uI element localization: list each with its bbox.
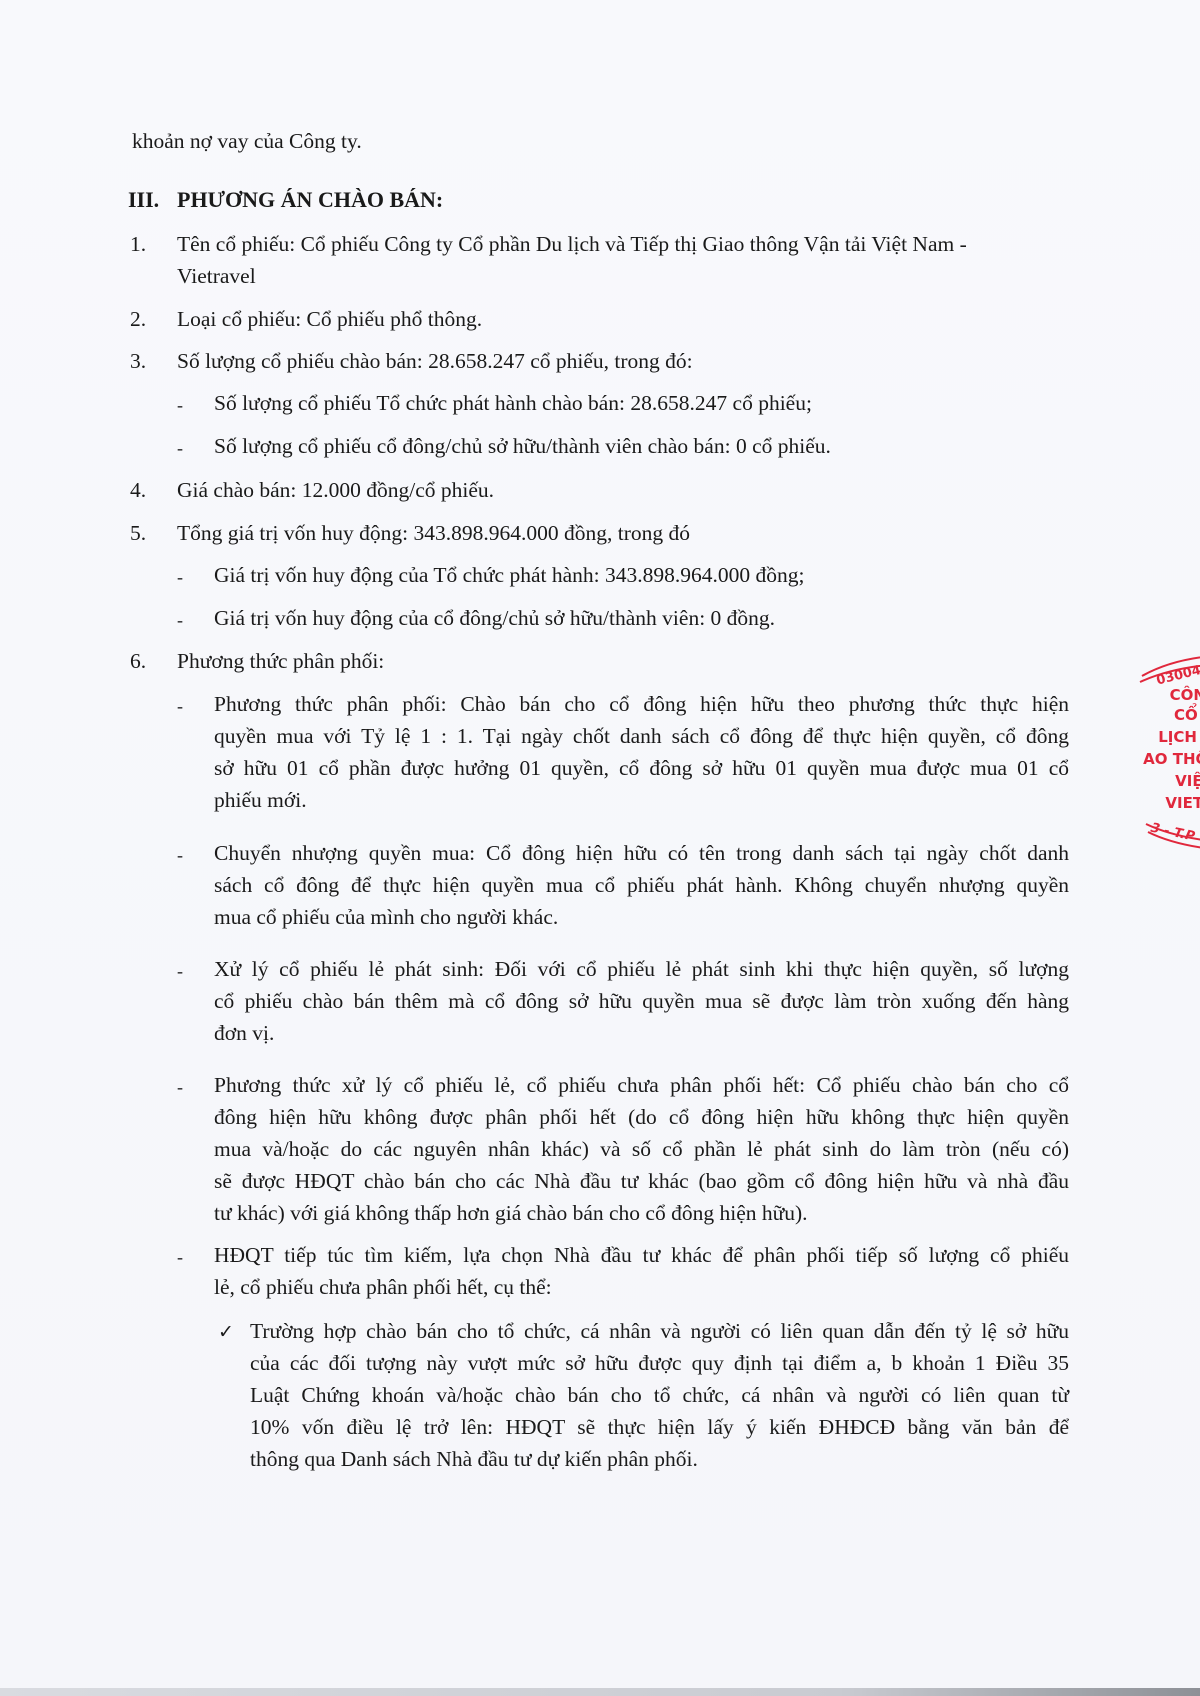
check-item-text: Luật Chứng khoán và/hoặc chào bán cho tổ… [250, 1379, 1069, 1411]
item-text: Vietravel [177, 260, 256, 292]
subitem-text: tư khác) với giá không thấp hơn giá chào… [214, 1197, 808, 1229]
dash-bullet: - [177, 389, 183, 421]
subitem-text: HĐQT tiếp túc tìm kiếm, lựa chọn Nhà đầu… [214, 1239, 1069, 1271]
svg-text:VIETR: VIETR [1165, 794, 1200, 812]
item-number: 1. [130, 228, 146, 260]
dash-bullet: - [177, 839, 183, 871]
subitem-text: lẻ, cổ phiếu chưa phân phối hết, cụ thể: [214, 1271, 552, 1303]
dash-bullet: - [177, 1241, 183, 1273]
item-number: 5. [130, 517, 146, 549]
intro-line: khoản nợ vay của Công ty. [132, 125, 362, 157]
dash-bullet: - [177, 561, 183, 593]
seal-icon: 030041 CÔNG CỔ P LỊCH V AO THÔN VIỆT VIE… [1138, 648, 1200, 858]
item-number: 2. [130, 303, 146, 335]
item-text: Tên cổ phiếu: Cổ phiếu Công ty Cổ phần D… [177, 228, 967, 260]
item-text: Số lượng cổ phiếu chào bán: 28.658.247 c… [177, 345, 693, 377]
item-text: Tổng giá trị vốn huy động: 343.898.964.0… [177, 517, 690, 549]
scan-bottom-edge [0, 1688, 1200, 1696]
dash-bullet: - [177, 955, 183, 987]
subitem-text: mua và/hoặc do các nguyên nhân khác) và … [214, 1133, 1069, 1165]
subitem-text: Giá trị vốn huy động của Tổ chức phát hà… [214, 559, 804, 591]
subitem-text: Chuyển nhượng quyền mua: Cổ đông hiện hữ… [214, 837, 1069, 869]
subitem-text: Xử lý cổ phiếu lẻ phát sinh: Đối với cổ … [214, 953, 1069, 985]
item-text: Phương thức phân phối: [177, 645, 384, 677]
section-number: III. [128, 184, 159, 216]
subitem-text: phiếu mới. [214, 784, 307, 816]
subitem-text: quyền mua với Tỷ lệ 1 : 1. Tại ngày chốt… [214, 720, 1069, 752]
subitem-text: đông hiện hữu không được phân phối hết (… [214, 1101, 1069, 1133]
check-item-text: thông qua Danh sách Nhà đầu tư dự kiến p… [250, 1443, 698, 1475]
item-number: 4. [130, 474, 146, 506]
document-page: khoản nợ vay của Công ty. III. PHƯƠNG ÁN… [0, 0, 1200, 1688]
subitem-text: Phương thức xử lý cổ phiếu lẻ, cổ phiếu … [214, 1069, 1069, 1101]
check-item-text: của các đối tượng này vượt mức sở hữu đư… [250, 1347, 1069, 1379]
dash-bullet: - [177, 690, 183, 722]
subitem-text: cổ phiếu chào bán thêm mà cổ đông sở hữu… [214, 985, 1069, 1017]
dash-bullet: - [177, 432, 183, 464]
svg-text:CÔNG: CÔNG [1170, 685, 1200, 704]
svg-text:CỔ P: CỔ P [1174, 702, 1200, 724]
section-title: PHƯƠNG ÁN CHÀO BÁN: [177, 184, 443, 216]
subitem-text: sẽ được HĐQT chào bán cho các Nhà đầu tư… [214, 1165, 1069, 1197]
check-item-text: Trường hợp chào bán cho tổ chức, cá nhân… [250, 1315, 1069, 1347]
subitem-text: Số lượng cổ phiếu cổ đông/chủ sở hữu/thà… [214, 430, 831, 462]
subitem-text: Giá trị vốn huy động của cổ đông/chủ sở … [214, 602, 775, 634]
dash-bullet: - [177, 604, 183, 636]
item-text: Loại cổ phiếu: Cổ phiếu phổ thông. [177, 303, 482, 335]
check-icon: ✓ [218, 1316, 234, 1348]
check-item-text: 10% vốn điều lệ trở lên: HĐQT sẽ thực hi… [250, 1411, 1069, 1443]
subitem-text: Số lượng cổ phiếu Tổ chức phát hành chào… [214, 387, 812, 419]
dash-bullet: - [177, 1071, 183, 1103]
item-number: 6. [130, 645, 146, 677]
subitem-text: mua cổ phiếu của mình cho người khác. [214, 901, 558, 933]
item-number: 3. [130, 345, 146, 377]
company-seal-stamp: 030041 CÔNG CỔ P LỊCH V AO THÔN VIỆT VIE… [1138, 648, 1200, 858]
svg-text:AO THÔN: AO THÔN [1143, 749, 1200, 768]
subitem-text: sở hữu 01 cổ phần được hưởng 01 quyền, c… [214, 752, 1069, 784]
item-text: Giá chào bán: 12.000 đồng/cổ phiếu. [177, 474, 494, 506]
svg-text:LỊCH V: LỊCH V [1158, 728, 1200, 746]
subitem-text: sách cổ đông để thực hiện quyền mua cổ p… [214, 869, 1069, 901]
svg-text:VIỆT: VIỆT [1175, 770, 1200, 790]
subitem-text: đơn vị. [214, 1017, 274, 1049]
svg-text:030041: 030041 [1155, 661, 1200, 689]
subitem-text: Phương thức phân phối: Chào bán cho cổ đ… [214, 688, 1069, 720]
